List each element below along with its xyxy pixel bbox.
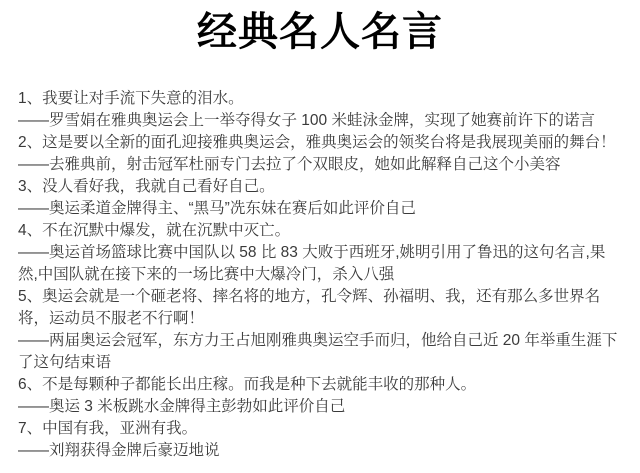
list-item: 2、这是要以全新的面孔迎接雅典奥运会，雅典奥运会的领奖台将是我展现美丽的舞台！ …: [18, 132, 622, 176]
quote-text: 7、中国有我，亚洲有我。: [18, 418, 622, 440]
quote-list: 1、我要让对手流下失意的泪水。 ——罗雪娟在雅典奥运会上一举夺得女子 100 米…: [0, 60, 640, 462]
quote-text: 5、奥运会就是一个砸老将、摔名将的地方，孔令辉、孙福明、我，还有那么多世界名将，…: [18, 286, 622, 330]
quote-attribution: ——奥运 3 米板跳水金牌得主彭勃如此评价自己: [18, 396, 622, 418]
list-item: 5、奥运会就是一个砸老将、摔名将的地方，孔令辉、孙福明、我，还有那么多世界名将，…: [18, 286, 622, 374]
list-item: 3、没人看好我，我就自己看好自己。 ——奥运柔道金牌得主、“黑马”冼东妹在赛后如…: [18, 176, 622, 220]
quote-attribution: ——罗雪娟在雅典奥运会上一举夺得女子 100 米蛙泳金牌，实现了她赛前许下的诺言: [18, 110, 622, 132]
quote-attribution: ——刘翔获得金牌后豪迈地说: [18, 440, 622, 462]
quote-text: 3、没人看好我，我就自己看好自己。: [18, 176, 622, 198]
quote-attribution: ——去雅典前，射击冠军杜丽专门去拉了个双眼皮，她如此解释自己这个小美容: [18, 154, 622, 176]
quote-attribution: ——两届奥运会冠军，东方力王占旭刚雅典奥运空手而归，他给自己近 20 年举重生涯…: [18, 330, 622, 374]
document-page: 经典名人名言 1、我要让对手流下失意的泪水。 ——罗雪娟在雅典奥运会上一举夺得女…: [0, 4, 640, 473]
list-item: 1、我要让对手流下失意的泪水。 ——罗雪娟在雅典奥运会上一举夺得女子 100 米…: [18, 88, 622, 132]
list-item: 7、中国有我，亚洲有我。 ——刘翔获得金牌后豪迈地说: [18, 418, 622, 462]
quote-text: 2、这是要以全新的面孔迎接雅典奥运会，雅典奥运会的领奖台将是我展现美丽的舞台！: [18, 132, 622, 154]
list-item: 4、不在沉默中爆发，就在沉默中灭亡。 ——奥运首场篮球比赛中国队以 58 比 8…: [18, 220, 622, 286]
quote-text: 4、不在沉默中爆发，就在沉默中灭亡。: [18, 220, 622, 242]
quote-attribution: ——奥运首场篮球比赛中国队以 58 比 83 大败于西班牙,姚明引用了鲁迅的这句…: [18, 242, 622, 286]
page-title: 经典名人名言: [0, 4, 640, 60]
list-item: 6、不是每颗种子都能长出庄稼。而我是种下去就能丰收的那种人。 ——奥运 3 米板…: [18, 374, 622, 418]
quote-text: 1、我要让对手流下失意的泪水。: [18, 88, 622, 110]
quote-attribution: ——奥运柔道金牌得主、“黑马”冼东妹在赛后如此评价自己: [18, 198, 622, 220]
quote-text: 6、不是每颗种子都能长出庄稼。而我是种下去就能丰收的那种人。: [18, 374, 622, 396]
